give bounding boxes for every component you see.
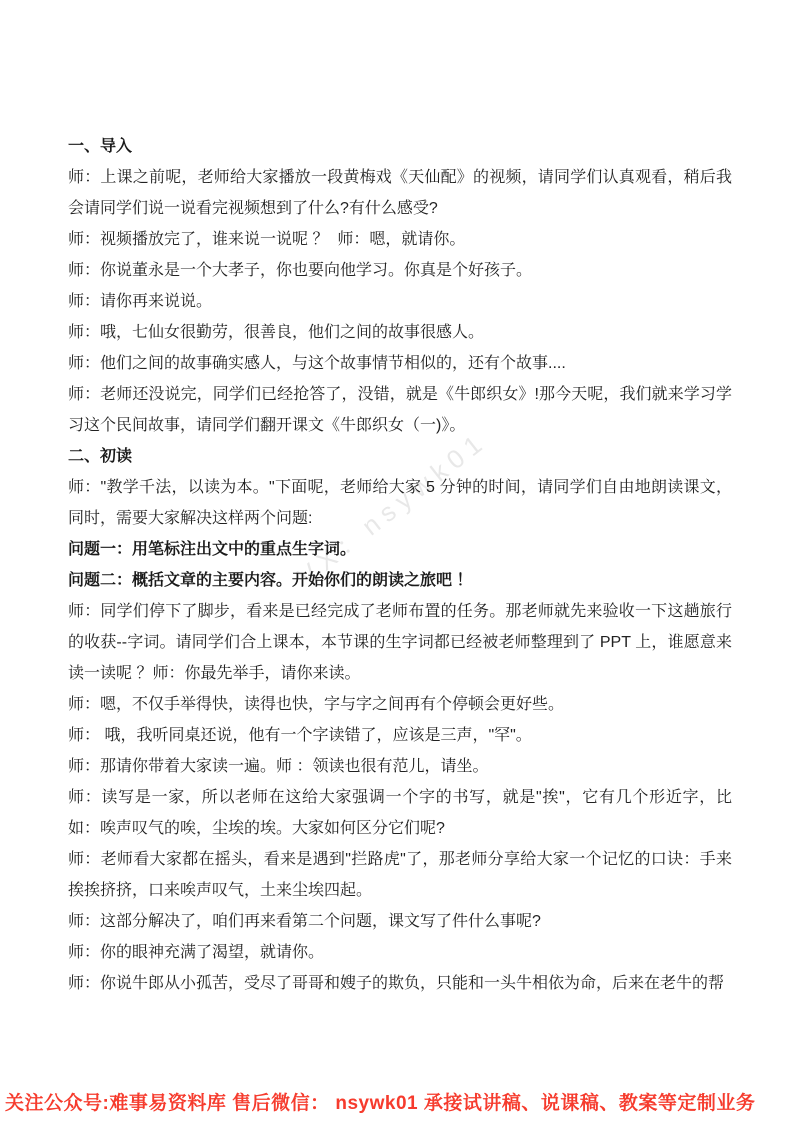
dialogue-paragraph: 师：视频播放完了，谁来说一说呢 ？ 师：嗯，就请你。 (68, 224, 732, 255)
lesson-transcript: 一、导入师：上课之前呢，老师给大家播放一段黄梅戏《天仙配》的视频，请同学们认真观… (68, 131, 732, 999)
document-page: 一、导入师：上课之前呢，老师给大家播放一段黄梅戏《天仙配》的视频，请同学们认真观… (0, 0, 793, 1122)
dialogue-paragraph: 问题一：用笔标注出文中的重点生字词。 (68, 534, 732, 565)
dialogue-paragraph: 师：你说董永是一个大孝子，你也要向他学习。你真是个好孩子。 (68, 255, 732, 286)
dialogue-paragraph: 师：你的眼神充满了渴望，就请你。 (68, 937, 732, 968)
dialogue-paragraph: 师：那请你带着大家读一遍。师 ：领读也很有范儿，请坐。 (68, 751, 732, 782)
dialogue-paragraph: 师： 哦，我听同桌还说，他有一个字读错了，应该是三声，"罕"。 (68, 720, 732, 751)
dialogue-paragraph: 师：他们之间的故事确实感人，与这个故事情节相似的，还有个故事.... (68, 348, 732, 379)
dialogue-paragraph: 问题二：概括文章的主要内容。开始你们的朗读之旅吧 ！ (68, 565, 732, 596)
dialogue-paragraph: 师：同学们停下了脚步，看来是已经完成了老师布置的任务。那老师就先来验收一下这趟旅… (68, 596, 732, 689)
dialogue-paragraph: 师："教学千法，以读为本。"下面呢，老师给大家 5 分钟的时间，请同学们自由地朗… (68, 472, 732, 534)
dialogue-paragraph: 师：读写是一家，所以老师在这给大家强调一个字的书写，就是"挨"，它有几个形近字，… (68, 782, 732, 844)
dialogue-paragraph: 师：嗯，不仅手举得快，读得也快，字与字之间再有个停顿会更好些。 (68, 689, 732, 720)
dialogue-paragraph: 师：哦，七仙女很勤劳，很善良，他们之间的故事很感人。 (68, 317, 732, 348)
dialogue-paragraph: 师：请你再来说说。 (68, 286, 732, 317)
dialogue-paragraph: 师：老师还没说完，同学们已经抢答了，没错，就是《牛郎织女》!那今天呢，我们就来学… (68, 379, 732, 441)
dialogue-paragraph: 师：老师看大家都在摇头，看来是遇到"拦路虎"了，那老师分享给大家一个记忆的口诀：… (68, 844, 732, 906)
dialogue-paragraph: 师：上课之前呢，老师给大家播放一段黄梅戏《天仙配》的视频，请同学们认真观看，稍后… (68, 162, 732, 224)
dialogue-paragraph: 师：你说牛郎从小孤苦，受尽了哥哥和嫂子的欺负，只能和一头牛相依为命，后来在老牛的… (68, 968, 732, 999)
section-heading: 二、初读 (68, 441, 732, 472)
section-heading: 一、导入 (68, 131, 732, 162)
footer-promo-text: 关注公众号:难事易资料库 售后微信： nsywk01 承接试讲稿、说课稿、教案等… (5, 1088, 793, 1115)
dialogue-paragraph: 师：这部分解决了，咱们再来看第二个问题，课文写了件什么事呢? (68, 906, 732, 937)
